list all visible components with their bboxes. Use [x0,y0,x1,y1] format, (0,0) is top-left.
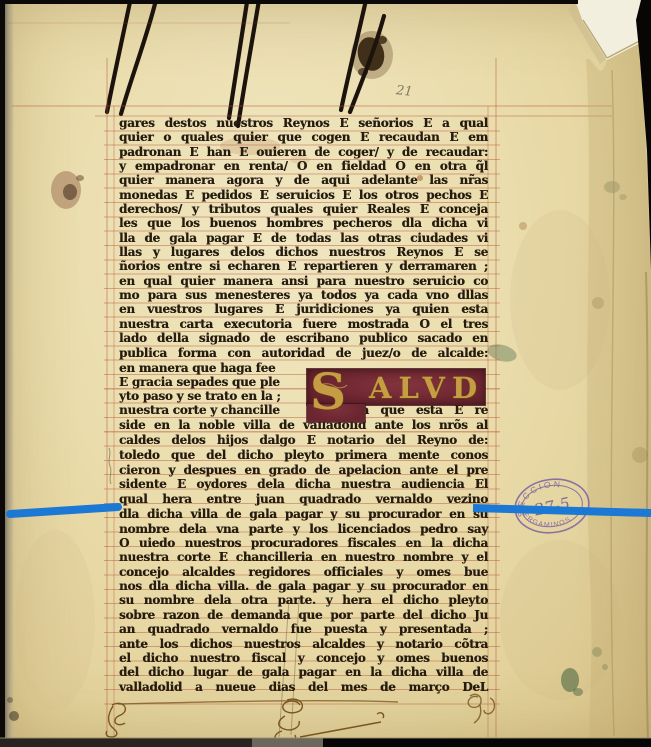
blue-marker-line-right [473,508,651,513]
blue-marker-line-left [10,507,118,514]
scan-edge-top [0,0,578,4]
scan-edge-bottom-gray [252,738,323,747]
scan-edge-left [0,0,5,747]
scan-edge-right-wedge [636,0,651,270]
scan-edge-bottom-left [0,738,252,747]
manuscript-scan: gares destos nuestros Reynos E señorios … [0,0,651,747]
scan-edge-bottom-right [323,738,651,747]
overlay-layer: SECCION PERGAMINOS 27-5 [0,0,651,747]
